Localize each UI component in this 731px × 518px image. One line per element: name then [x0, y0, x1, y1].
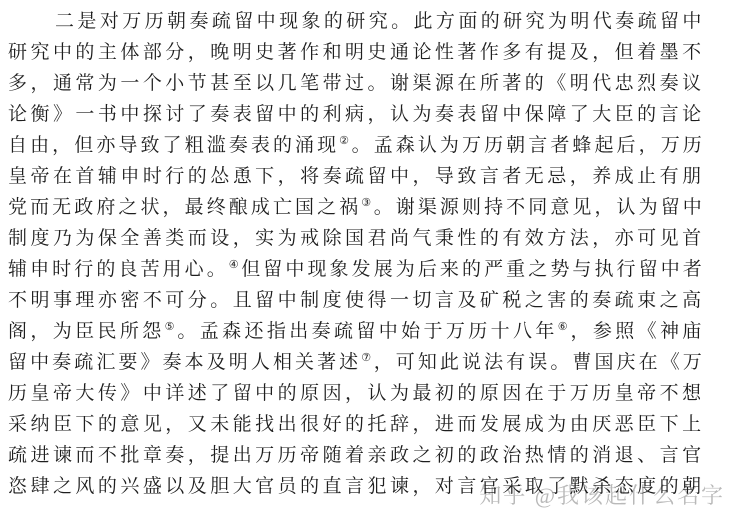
text-line: 制度乃为保全善类而设，实为戒除国君尚气秉性的有效方法，亦可见首	[8, 223, 705, 254]
paragraph: 二是对万历朝奏疏留中现象的研究。此方面的研究为明代奏疏留中研究中的主体部分，晚明…	[8, 6, 705, 502]
footnote-marker: ⑦	[361, 352, 373, 364]
text-line: 不明事理亦密不可分。且留中制度使得一切言及矿税之害的奏疏束之高	[8, 285, 705, 316]
document-page: 二是对万历朝奏疏留中现象的研究。此方面的研究为明代奏疏留中研究中的主体部分，晚明…	[8, 6, 705, 502]
footnote-marker: ③	[361, 197, 373, 209]
footnote-marker: ②	[339, 135, 351, 147]
text-line: 多，通常为一个小节甚至以几笔带过。谢渠源在所著的《明代忠烈奏议	[8, 68, 705, 99]
text-line: 留中奏疏汇要》奏本及明人相关著述⑦，可知此说法有误。曹国庆在《万	[8, 347, 705, 378]
text-line: 论衡》一书中探讨了奏表留中的利病，认为奏表留中保障了大臣的言论	[8, 99, 705, 130]
text-line: 辅申时行的良苦用心。④但留中现象发展为后来的严重之势与执行留中者	[8, 254, 705, 285]
text-line: 恣肆之风的兴盛以及胆大官员的直言犯谏，对言官采取了默杀态度的朝	[8, 471, 705, 502]
text-line: 二是对万历朝奏疏留中现象的研究。此方面的研究为明代奏疏留中	[8, 6, 705, 37]
text-line: 党而无政府之状，最终酿成亡国之祸③。谢渠源则持不同意见，认为留中	[8, 192, 705, 223]
text-line: 研究中的主体部分，晚明史著作和明史通论性著作多有提及，但着墨不	[8, 37, 705, 68]
text-line: 采纳臣下的意见，又未能找出很好的托辞，进而发展成为由厌恶臣下上	[8, 409, 705, 440]
text-line: 阁，为臣民所怨⑤。孟森还指出奏疏留中始于万历十八年⑥，参照《神庙	[8, 316, 705, 347]
text-line: 皇帝在首辅申时行的怂恿下，将奏疏留中，导致言者无忌，养成止有朋	[8, 161, 705, 192]
text-line: 疏进谏而不批章奏，提出万历帝随着亲政之初的政治热情的消退、言官	[8, 440, 705, 471]
text-line: 自由，但亦导致了粗滥奏表的涌现②。孟森认为万历朝言者蜂起后，万历	[8, 130, 705, 161]
text-line: 历皇帝大传》中详述了留中的原因，认为最初的原因在于万历皇帝不想	[8, 378, 705, 409]
footnote-marker: ⑥	[558, 321, 571, 333]
footnote-marker: ⑤	[165, 321, 178, 333]
footnote-marker: ④	[229, 259, 241, 271]
